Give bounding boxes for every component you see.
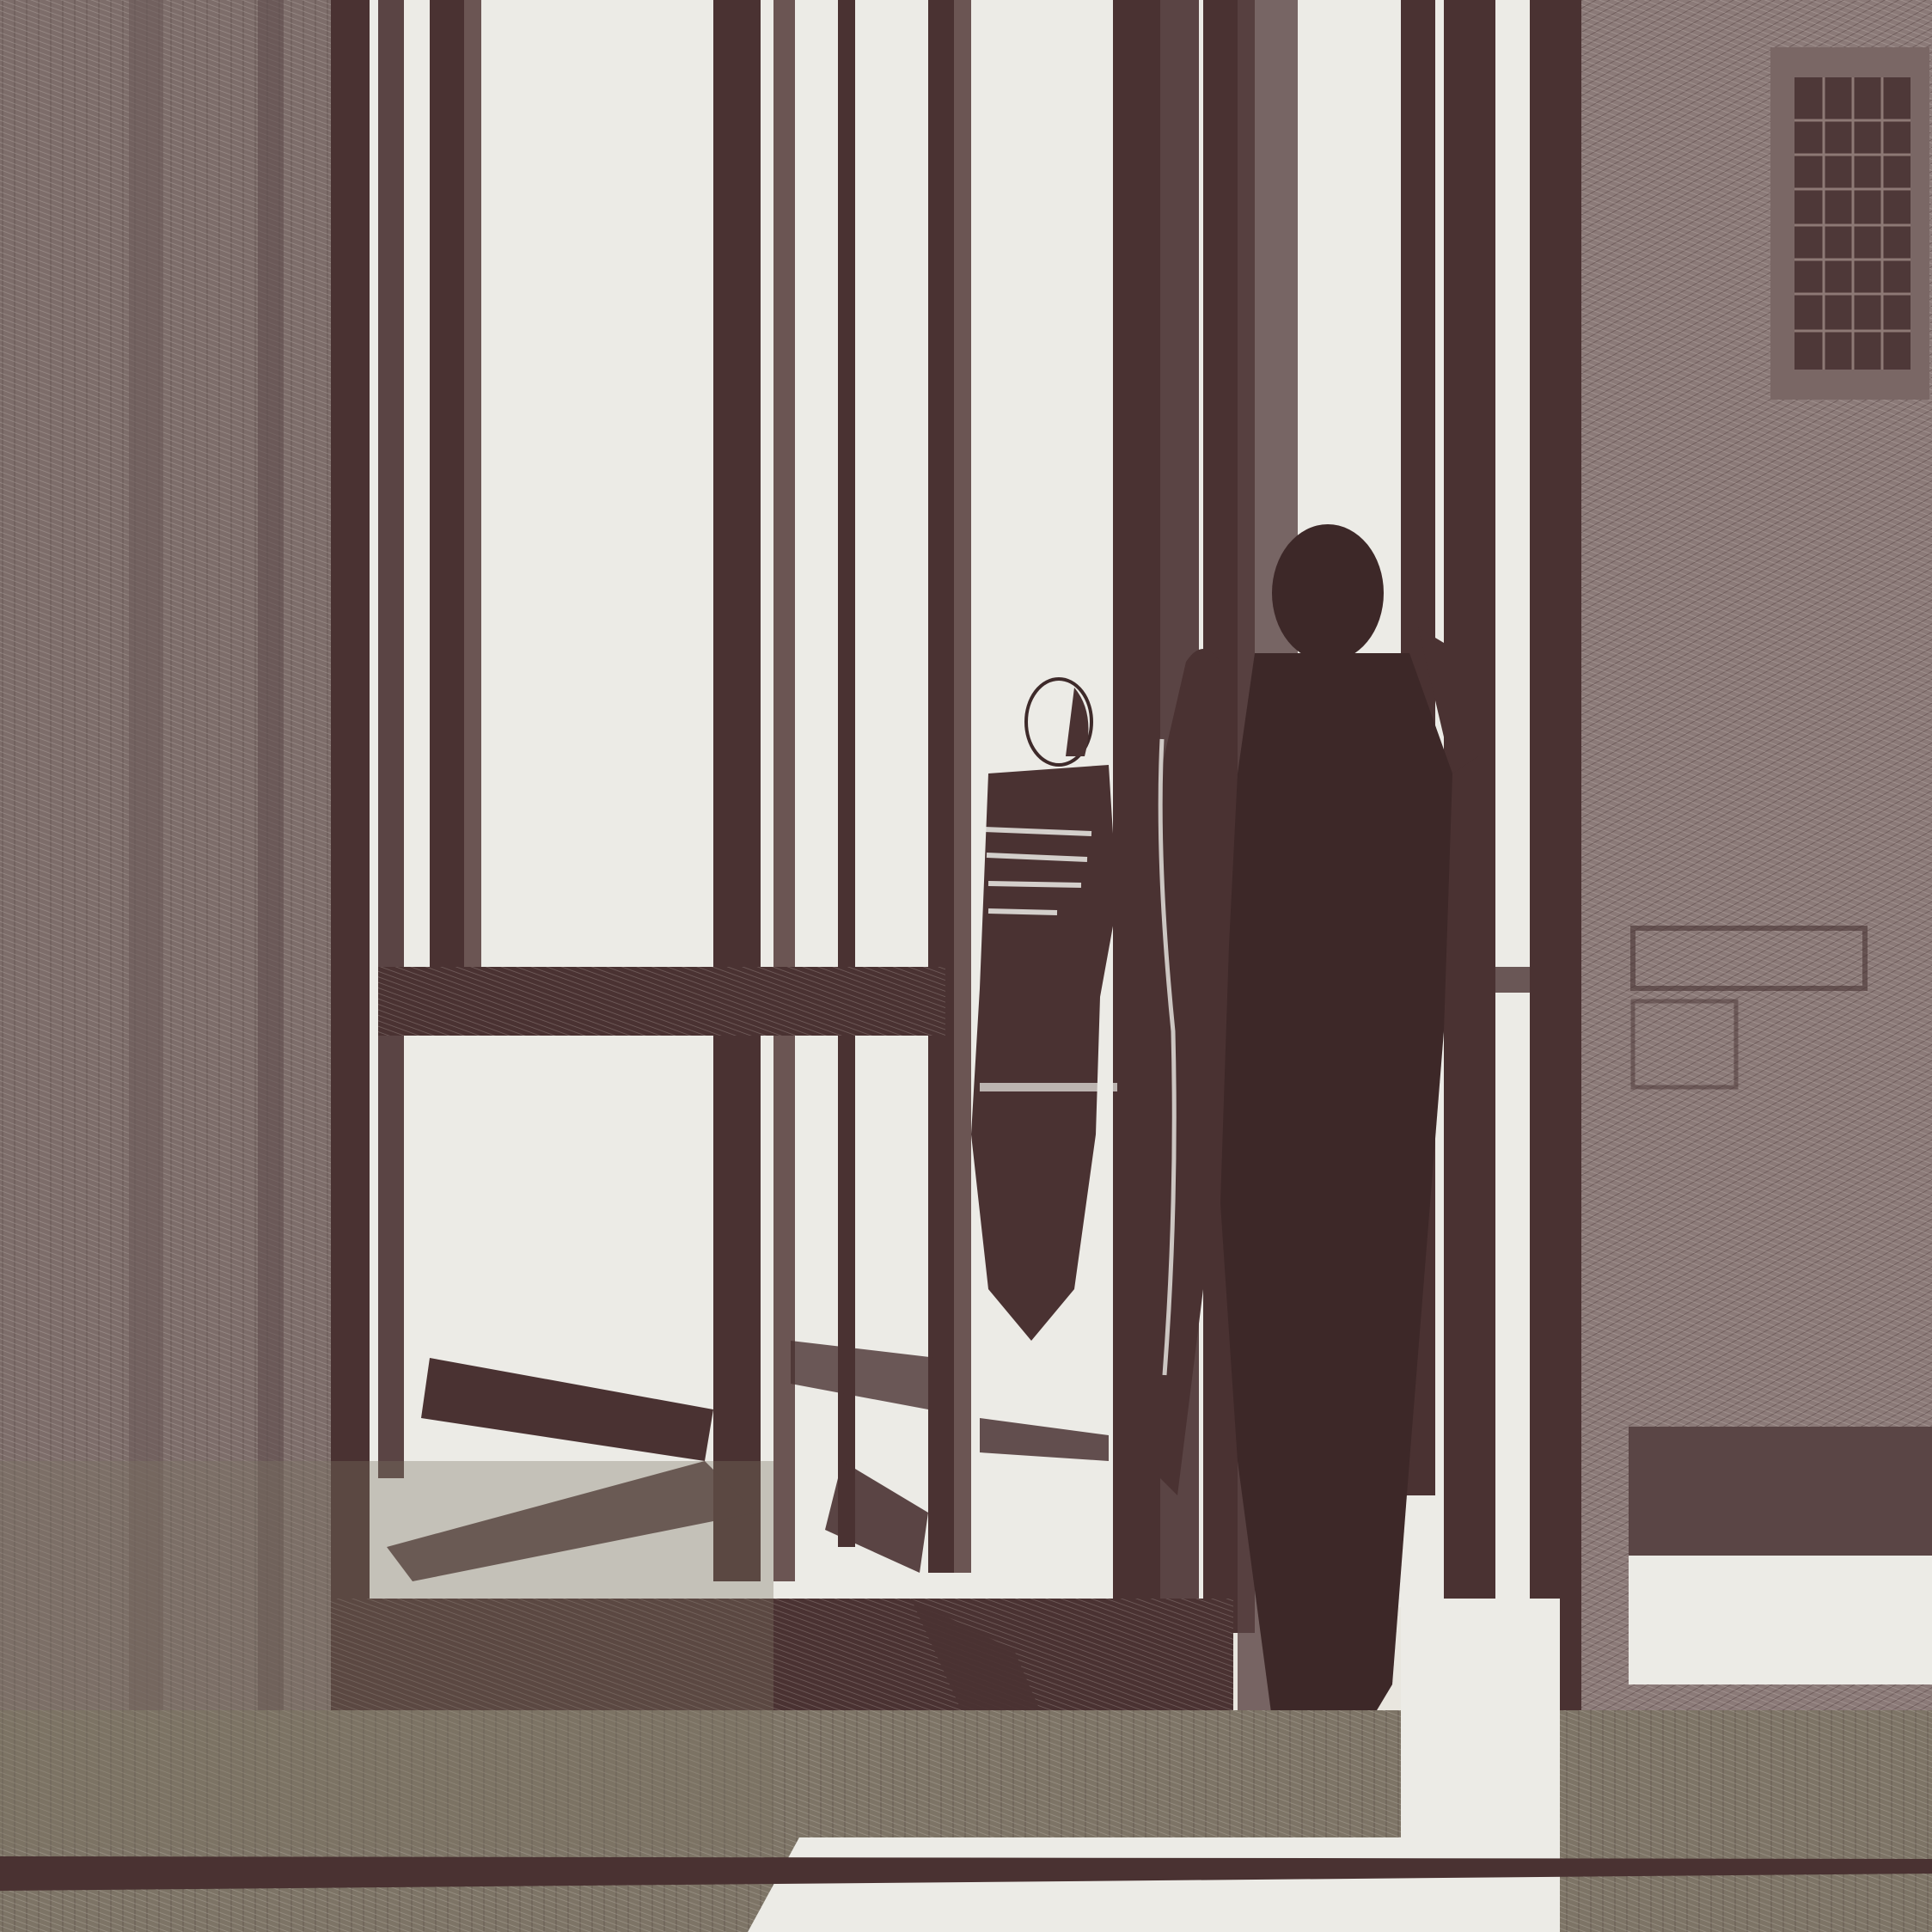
floor-light-patch <box>748 1837 1560 1932</box>
artwork-canvas <box>0 0 1932 1932</box>
right-wall <box>1564 0 1932 1932</box>
right-wall-window <box>1770 47 1929 400</box>
etching-scene <box>0 0 1932 1932</box>
